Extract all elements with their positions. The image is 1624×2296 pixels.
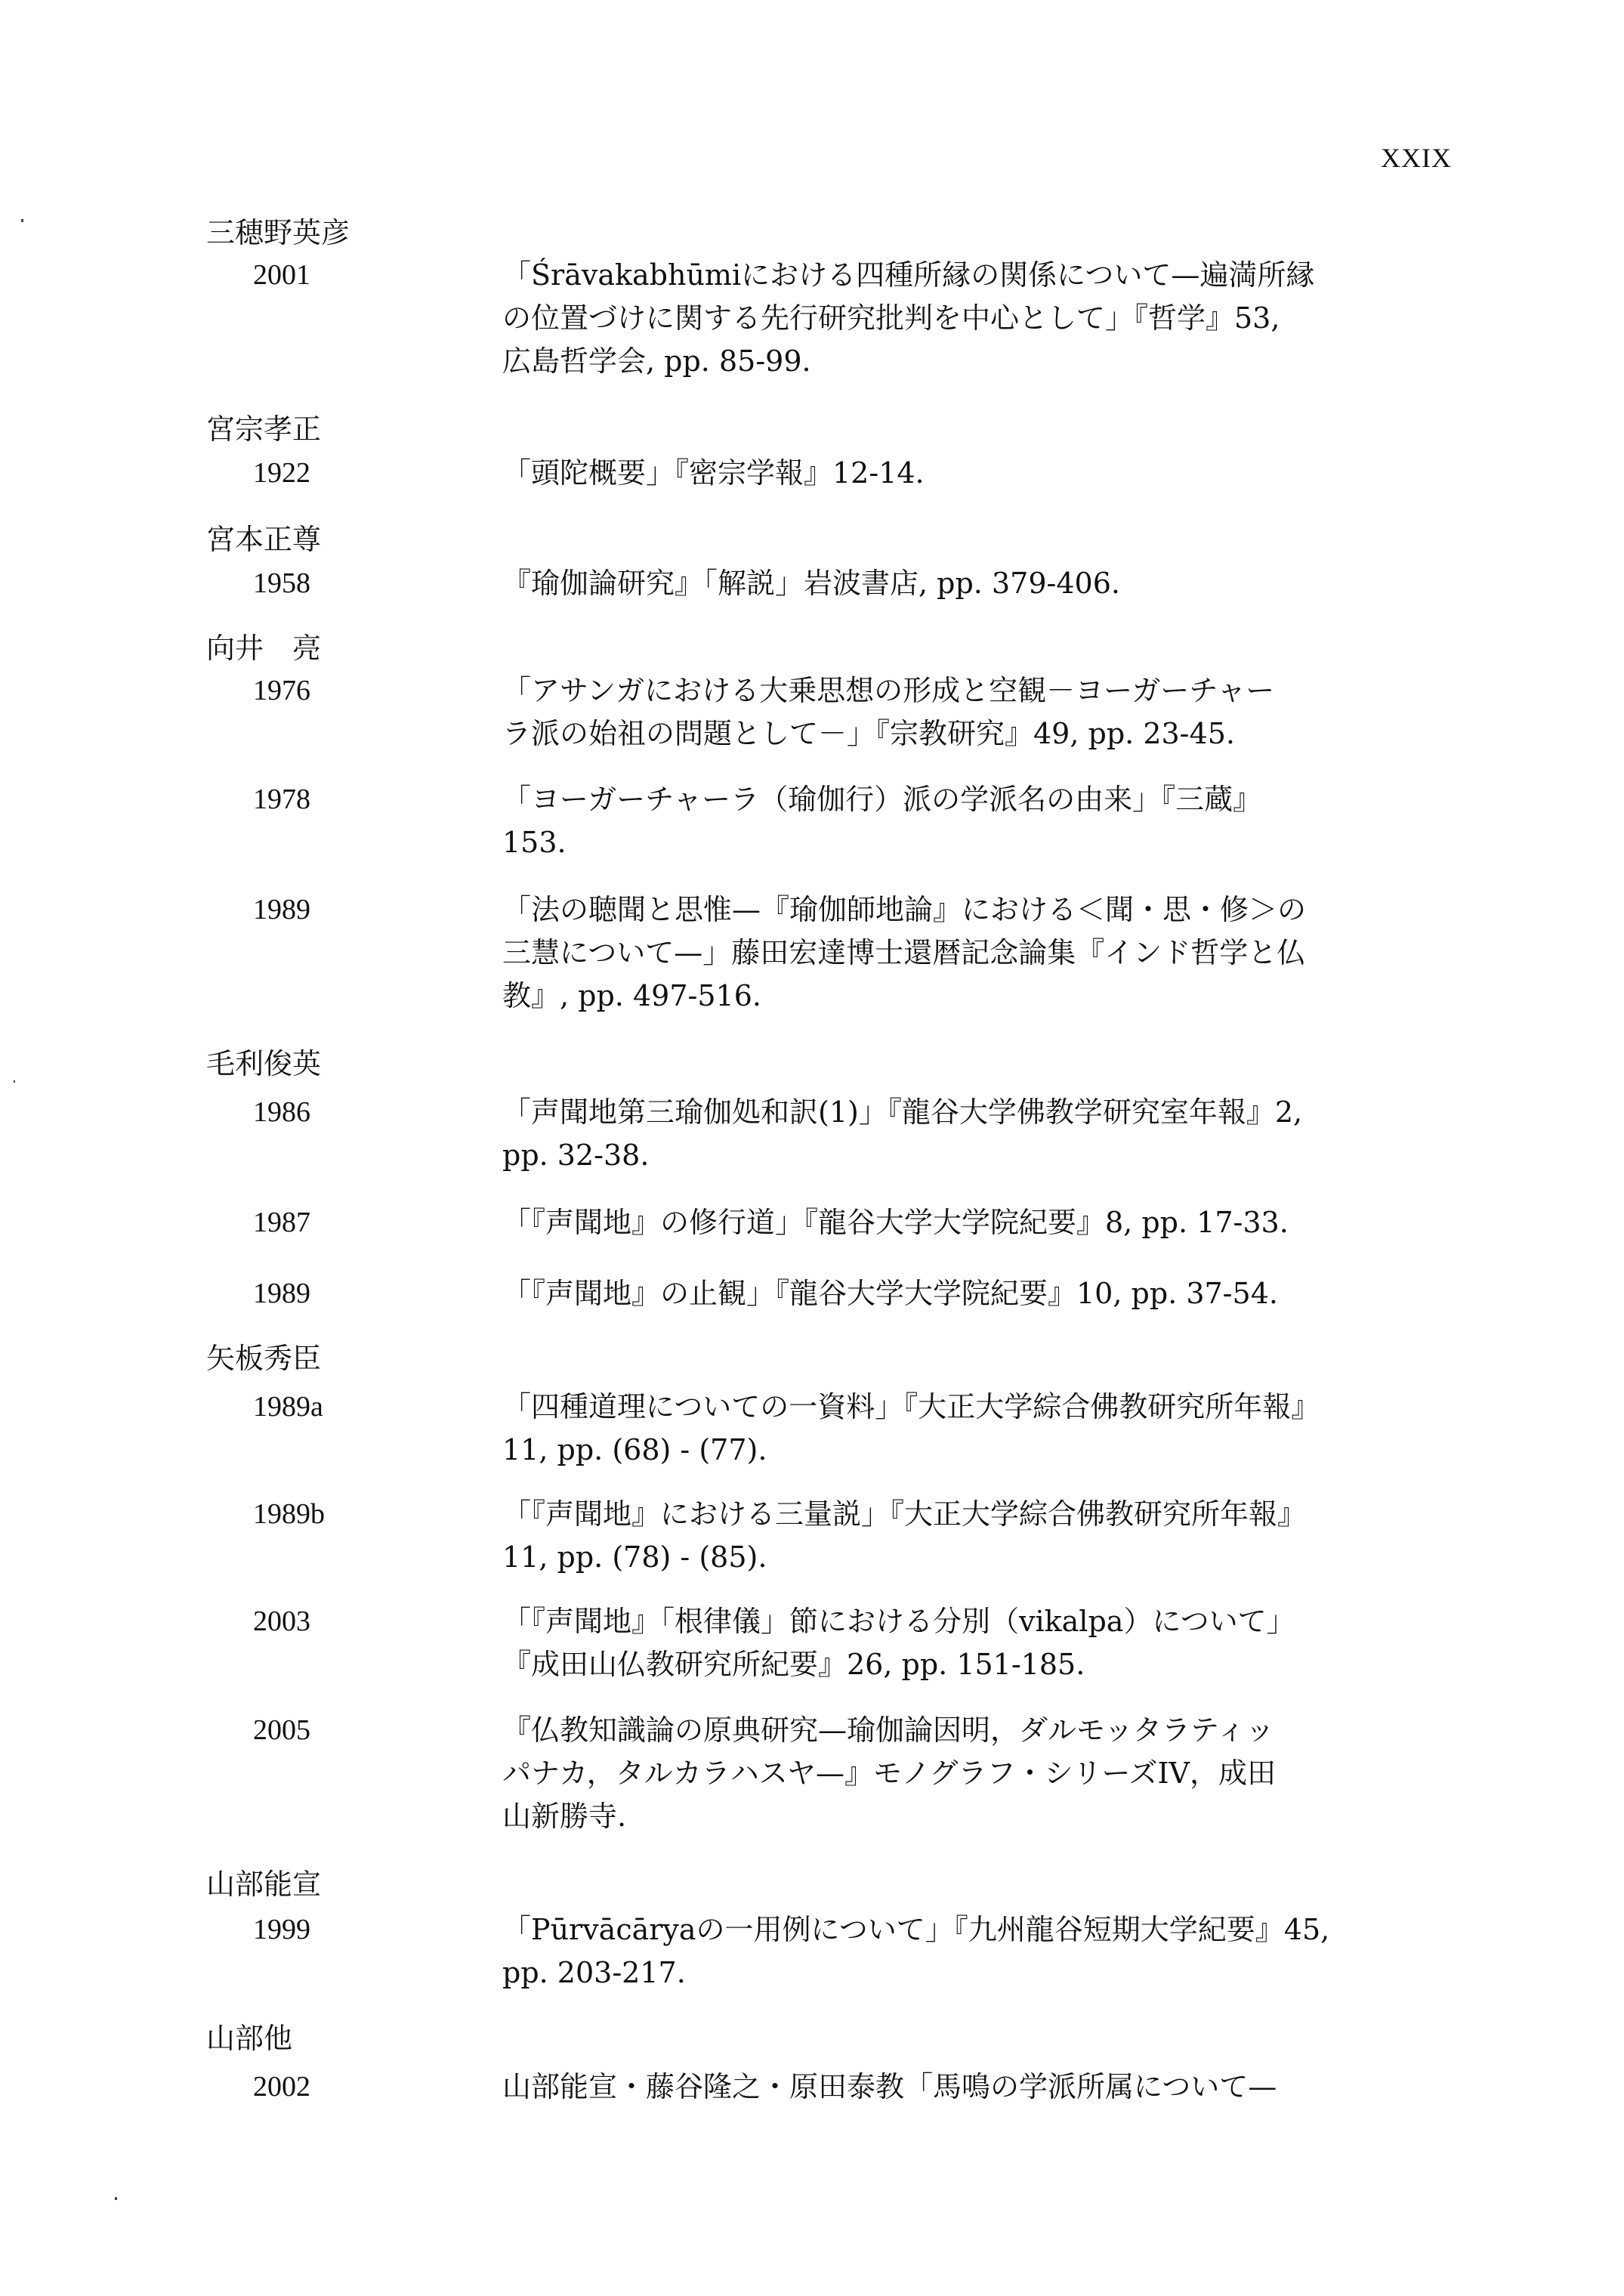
entry-text: 「『声聞地』の修行道」『龍谷大学大学院紀要』8, pp. 17-33. bbox=[502, 1201, 1416, 1244]
entry-year: 1989 bbox=[253, 1272, 310, 1315]
entry-line: 教』, pp. 497-516. bbox=[502, 975, 1416, 1018]
entry-year: 1989a bbox=[253, 1386, 323, 1428]
entry-text: 「法の聴聞と思惟—『瑜伽師地論』における＜聞・思・修＞の 三慧について—」藤田宏… bbox=[502, 888, 1416, 1018]
scan-speck bbox=[115, 2197, 117, 2200]
entry-line: 「『声聞地』「根律儀」節における分別（vikalpa）について」 bbox=[502, 1600, 1416, 1643]
entry-line: 『瑜伽論研究』「解説」岩波書店, pp. 379-406. bbox=[502, 562, 1416, 605]
entry-text: 「Pūrvācāryaの一用例について」『九州龍谷短期大学紀要』45, pp. … bbox=[502, 1908, 1416, 1995]
entry-line: 「頭陀概要」『密宗学報』12-14. bbox=[502, 452, 1416, 495]
entry-line: 山部能宣・藤谷隆之・原田泰教「馬鳴の学派所属について— bbox=[502, 2066, 1416, 2109]
entry-year: 1922 bbox=[253, 452, 310, 494]
entry-text: 「ヨーガーチャーラ（瑜伽行）派の学派名の由来」『三蔵』 153. bbox=[502, 778, 1416, 864]
author-name: 向井 亮 bbox=[206, 627, 321, 669]
entry-line: 「声聞地第三瑜伽処和訳(1)」『龍谷大学佛教学研究室年報』2, bbox=[502, 1091, 1416, 1134]
entry-text: 『瑜伽論研究』「解説」岩波書店, pp. 379-406. bbox=[502, 562, 1416, 605]
entry-text: 「『声聞地』における三量説」『大正大学綜合佛教研究所年報』 11, pp. (7… bbox=[502, 1493, 1416, 1579]
entry-year: 2005 bbox=[253, 1709, 310, 1751]
author-name: 宮本正尊 bbox=[206, 518, 321, 561]
entry-line: 「アサンガにおける大乗思想の形成と空観－ヨーガーチャー bbox=[502, 669, 1416, 712]
page-number: XXIX bbox=[1381, 142, 1452, 174]
entry-line: 『成田山仏教研究所紀要』26, pp. 151-185. bbox=[502, 1643, 1416, 1686]
entry-line: 「四種道理についての一資料」『大正大学綜合佛教研究所年報』 bbox=[502, 1386, 1416, 1429]
entry-line: pp. 203-217. bbox=[502, 1951, 1416, 1995]
entry-text: 「アサンガにおける大乗思想の形成と空観－ヨーガーチャー ラ派の始祖の問題として－… bbox=[502, 669, 1416, 756]
entry-year: 2002 bbox=[253, 2066, 310, 2108]
entry-year: 2003 bbox=[253, 1600, 310, 1642]
entry-line: 「ヨーガーチャーラ（瑜伽行）派の学派名の由来」『三蔵』 bbox=[502, 778, 1416, 821]
entry-line: 「法の聴聞と思惟—『瑜伽師地論』における＜聞・思・修＞の bbox=[502, 888, 1416, 932]
entry-year: 1986 bbox=[253, 1091, 310, 1133]
entry-year: 1976 bbox=[253, 669, 310, 712]
author-name: 毛利俊英 bbox=[206, 1043, 321, 1085]
entry-text: 「声聞地第三瑜伽処和訳(1)」『龍谷大学佛教学研究室年報』2, pp. 32-3… bbox=[502, 1091, 1416, 1177]
entry-year: 1999 bbox=[253, 1908, 310, 1951]
entry-year: 1989b bbox=[253, 1493, 325, 1535]
entry-line: パナカ，タルカラハスヤ—』モノグラフ・シリーズIV，成田 bbox=[502, 1752, 1416, 1795]
entry-line: 11, pp. (68) - (77). bbox=[502, 1429, 1416, 1472]
entry-line: pp. 32-38. bbox=[502, 1134, 1416, 1177]
entry-line: 『仏教知識論の原典研究—瑜伽論因明，ダルモッタラティッ bbox=[502, 1709, 1416, 1752]
entry-text: 「頭陀概要」『密宗学報』12-14. bbox=[502, 452, 1416, 495]
entry-year: 1958 bbox=[253, 562, 310, 604]
author-name: 三穂野英彦 bbox=[206, 212, 350, 254]
entry-line: 広島哲学会, pp. 85-99. bbox=[502, 340, 1416, 383]
entry-text: 「『声聞地』の止観」『龍谷大学大学院紀要』10, pp. 37-54. bbox=[502, 1272, 1416, 1315]
scan-speck bbox=[14, 1080, 15, 1083]
entry-line: 「『声聞地』における三量説」『大正大学綜合佛教研究所年報』 bbox=[502, 1493, 1416, 1536]
entry-line: 「Śrāvakabhūmiにおける四種所縁の関係について—遍満所縁 bbox=[502, 254, 1416, 297]
entry-line: 「Pūrvācāryaの一用例について」『九州龍谷短期大学紀要』45, bbox=[502, 1908, 1416, 1951]
entry-text: 『仏教知識論の原典研究—瑜伽論因明，ダルモッタラティッ パナカ，タルカラハスヤ—… bbox=[502, 1709, 1416, 1838]
entry-line: 山新勝寺. bbox=[502, 1795, 1416, 1838]
entry-text: 「Śrāvakabhūmiにおける四種所縁の関係について—遍満所縁 の位置づけに… bbox=[502, 254, 1416, 383]
entry-line: 三慧について—」藤田宏達博士還暦記念論集『インド哲学と仏 bbox=[502, 932, 1416, 975]
entry-line: 11, pp. (78) - (85). bbox=[502, 1536, 1416, 1579]
entry-text: 山部能宣・藤谷隆之・原田泰教「馬鳴の学派所属について— bbox=[502, 2066, 1416, 2109]
author-name: 矢板秀臣 bbox=[206, 1337, 321, 1380]
entry-year: 1989 bbox=[253, 888, 310, 931]
entry-line: 153. bbox=[502, 821, 1416, 864]
entry-year: 2001 bbox=[253, 254, 310, 296]
author-name: 山部能宣 bbox=[206, 1863, 321, 1905]
author-name: 山部他 bbox=[206, 2017, 292, 2060]
entry-year: 1978 bbox=[253, 778, 310, 820]
scan-speck bbox=[21, 219, 23, 222]
entry-year: 1987 bbox=[253, 1201, 310, 1244]
entry-text: 「『声聞地』「根律儀」節における分別（vikalpa）について」 『成田山仏教研… bbox=[502, 1600, 1416, 1686]
entry-line: 「『声聞地』の止観」『龍谷大学大学院紀要』10, pp. 37-54. bbox=[502, 1272, 1416, 1315]
author-name: 宮宗孝正 bbox=[206, 408, 321, 450]
entry-line: 「『声聞地』の修行道」『龍谷大学大学院紀要』8, pp. 17-33. bbox=[502, 1201, 1416, 1244]
entry-text: 「四種道理についての一資料」『大正大学綜合佛教研究所年報』 11, pp. (6… bbox=[502, 1386, 1416, 1472]
entry-line: ラ派の始祖の問題として－」『宗教研究』49, pp. 23-45. bbox=[502, 712, 1416, 756]
entry-line: の位置づけに関する先行研究批判を中心として」『哲学』53, bbox=[502, 297, 1416, 340]
